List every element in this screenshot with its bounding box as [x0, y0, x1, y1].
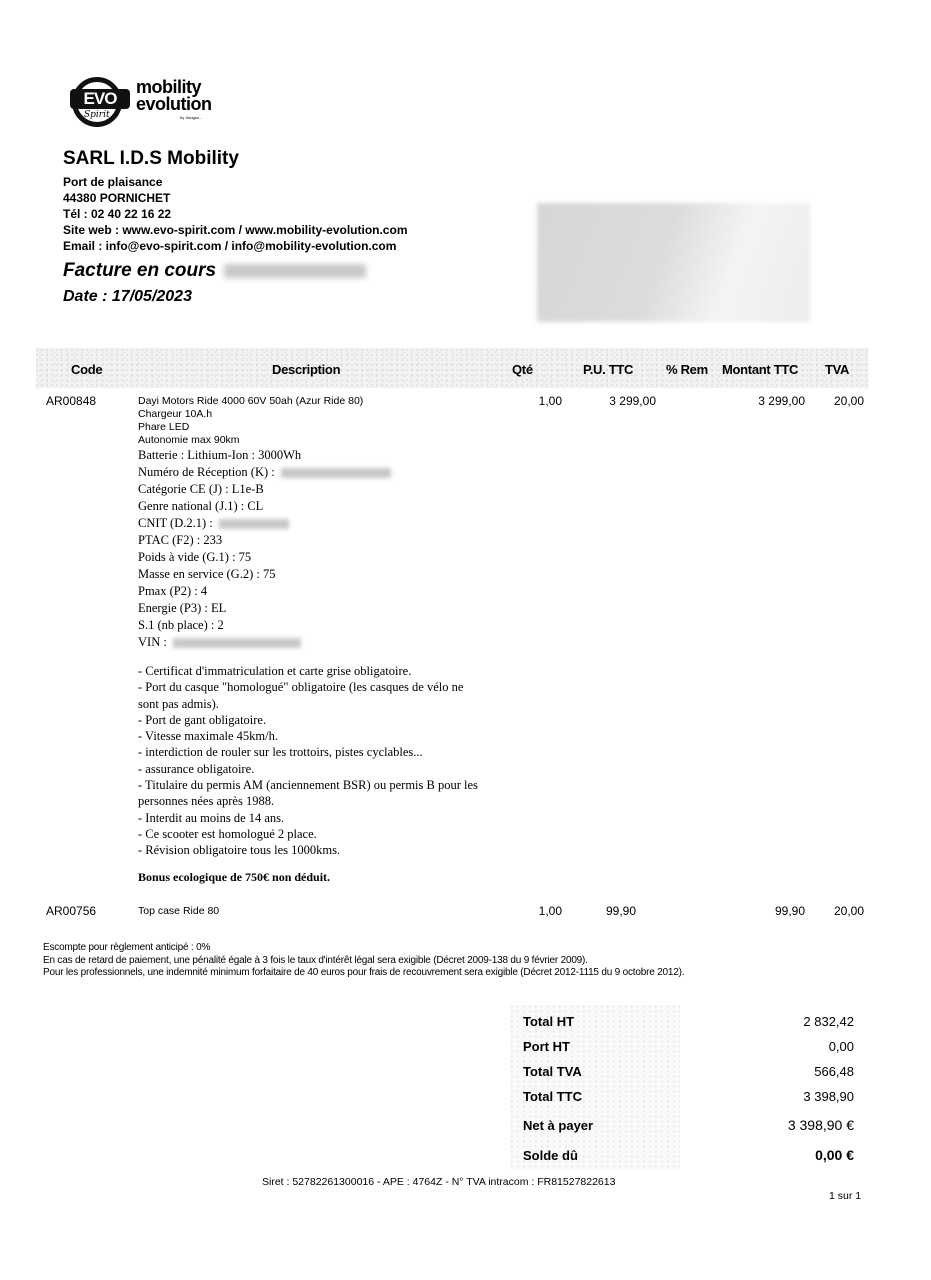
discount-terms: Escompte pour règlement anticipé : 0% — [43, 942, 684, 955]
spec-text: Numéro de Réception (K) : — [138, 465, 275, 479]
total-ht-label: Total HT — [523, 1014, 574, 1029]
desc-line: Phare LED — [138, 421, 478, 434]
total-ttc-label: Total TTC — [523, 1089, 582, 1104]
row-code: AR00756 — [46, 904, 96, 918]
desc-line: Dayi Motors Ride 4000 60V 50ah (Azur Rid… — [138, 395, 478, 408]
spec-line: Numéro de Réception (K) : — [138, 464, 478, 481]
recovery-fee-terms: Pour les professionnels, une indemnité m… — [43, 967, 684, 980]
spec-text: S.1 (nb place) : 2 — [138, 618, 224, 632]
late-penalty-terms: En cas de retard de paiement, une pénali… — [43, 955, 684, 968]
company-info: SARL I.D.S Mobility Port de plaisance 44… — [63, 148, 407, 254]
note-line: - Certificat d'immatriculation et carte … — [138, 663, 478, 679]
redacted-customer-address — [537, 203, 810, 322]
spec-text: CNIT (D.2.1) : — [138, 516, 213, 530]
col-code: Code — [71, 362, 102, 377]
spec-line: Energie (P3) : EL — [138, 600, 478, 617]
spec-text: PTAC (F2) : 233 — [138, 533, 222, 547]
invoice-title: Facture en cours — [63, 260, 366, 282]
note-line: - Interdit au moins de 14 ans. — [138, 810, 478, 826]
spec-text: Catégorie CE (J) : L1e-B — [138, 482, 264, 496]
spec-text: Energie (P3) : EL — [138, 601, 226, 615]
spec-line: Genre national (J.1) : CL — [138, 498, 478, 515]
note-line: - Port du casque "homologué" obligatoire… — [138, 679, 478, 712]
table-header: Code Description Qté P.U. TTC % Rem Mont… — [36, 348, 868, 388]
spec-text: VIN : — [138, 635, 167, 649]
row-code: AR00848 — [46, 394, 96, 408]
note-line: - assurance obligatoire. — [138, 761, 478, 777]
spec-text: Batterie : Lithium-Ion : 3000Wh — [138, 448, 301, 462]
spec-line: Catégorie CE (J) : L1e-B — [138, 481, 478, 498]
page-number: 1 sur 1 — [829, 1190, 861, 1202]
invoice-title-text: Facture en cours — [63, 260, 216, 281]
col-vat: TVA — [825, 362, 849, 377]
spec-line: Batterie : Lithium-Ion : 3000Wh — [138, 447, 478, 464]
spec-text: Pmax (P2) : 4 — [138, 584, 207, 598]
note-line: - interdiction de rouler sur les trottoi… — [138, 744, 478, 760]
note-line: - Révision obligatoire tous les 1000kms. — [138, 842, 478, 858]
row-amount: 3 299,00 — [758, 394, 805, 408]
spec-line: CNIT (D.2.1) : — [138, 515, 478, 532]
redacted-value — [173, 638, 301, 648]
row-qty: 1,00 — [539, 904, 562, 918]
row-unit-price: 3 299,00 — [609, 394, 656, 408]
spec-list: Batterie : Lithium-Ion : 3000WhNuméro de… — [138, 447, 478, 651]
company-registration: Siret : 52782261300016 - APE : 4764Z - N… — [262, 1176, 615, 1188]
spec-text: Masse en service (G.2) : 75 — [138, 567, 275, 581]
redacted-value — [281, 468, 391, 478]
logo-tagline: by Jiangsu... — [180, 115, 202, 120]
note-line: - Port de gant obligatoire. — [138, 712, 478, 728]
balance-due-value: 0,00 € — [815, 1147, 854, 1163]
company-website: Site web : www.evo-spirit.com / www.mobi… — [63, 222, 407, 238]
company-phone: Tél : 02 40 22 16 22 — [63, 206, 407, 222]
col-qty: Qté — [512, 362, 533, 377]
desc-line: Chargeur 10A.h — [138, 408, 478, 421]
spec-line: Poids à vide (G.1) : 75 — [138, 549, 478, 566]
redacted-value — [219, 519, 289, 529]
col-discount: % Rem — [666, 362, 708, 377]
spec-line: Masse en service (G.2) : 75 — [138, 566, 478, 583]
spec-text: Poids à vide (G.1) : 75 — [138, 550, 251, 564]
row-amount: 99,90 — [775, 904, 805, 918]
row-description: Top case Ride 80 — [138, 905, 219, 917]
totals-background — [510, 1005, 680, 1170]
company-email: Email : info@evo-spirit.com / info@mobil… — [63, 238, 407, 254]
port-ht-label: Port HT — [523, 1039, 570, 1054]
notes-list: - Certificat d'immatriculation et carte … — [138, 663, 478, 859]
row-description: Dayi Motors Ride 4000 60V 50ah (Azur Rid… — [138, 395, 478, 885]
col-description: Description — [272, 362, 340, 377]
row-qty: 1,00 — [539, 394, 562, 408]
redacted-invoice-number — [224, 264, 366, 278]
spec-line: Pmax (P2) : 4 — [138, 583, 478, 600]
company-logo: EVO Spirit mobility evolution by Jiangsu… — [70, 75, 220, 131]
logo-evo-text: EVO — [70, 89, 130, 109]
row-unit-price: 99,90 — [606, 904, 636, 918]
net-to-pay-value: 3 398,90 € — [788, 1117, 854, 1133]
spec-text: Genre national (J.1) : CL — [138, 499, 263, 513]
note-line: - Ce scooter est homologué 2 place. — [138, 826, 478, 842]
logo-brand: mobility evolution — [136, 79, 212, 113]
spec-line: S.1 (nb place) : 2 — [138, 617, 478, 634]
note-line: - Vitesse maximale 45km/h. — [138, 728, 478, 744]
col-amount: Montant TTC — [722, 362, 798, 377]
row-vat: 20,00 — [834, 394, 864, 408]
total-ht-value: 2 832,42 — [803, 1014, 854, 1029]
desc-line: Autonomie max 90km — [138, 434, 478, 447]
company-address-line2: 44380 PORNICHET — [63, 190, 407, 206]
company-name: SARL I.D.S Mobility — [63, 148, 407, 170]
port-ht-value: 0,00 — [829, 1039, 854, 1054]
invoice-date: Date : 17/05/2023 — [63, 288, 192, 306]
row-vat: 20,00 — [834, 904, 864, 918]
company-address-line1: Port de plaisance — [63, 174, 407, 190]
col-unit-price: P.U. TTC — [583, 362, 633, 377]
bonus-note: Bonus ecologique de 750€ non déduit. — [138, 870, 478, 885]
total-tva-value: 566,48 — [814, 1064, 854, 1079]
balance-due-label: Solde dû — [523, 1148, 578, 1163]
total-tva-label: Total TVA — [523, 1064, 582, 1079]
logo-brand-line2: evolution — [136, 96, 212, 113]
logo-spirit-text: Spirit — [84, 110, 110, 120]
legal-terms: Escompte pour règlement anticipé : 0% En… — [43, 942, 684, 980]
spec-line: PTAC (F2) : 233 — [138, 532, 478, 549]
note-line: - Titulaire du permis AM (anciennement B… — [138, 777, 478, 810]
total-ttc-value: 3 398,90 — [803, 1089, 854, 1104]
spec-line: VIN : — [138, 634, 478, 651]
net-to-pay-label: Net à payer — [523, 1118, 593, 1133]
